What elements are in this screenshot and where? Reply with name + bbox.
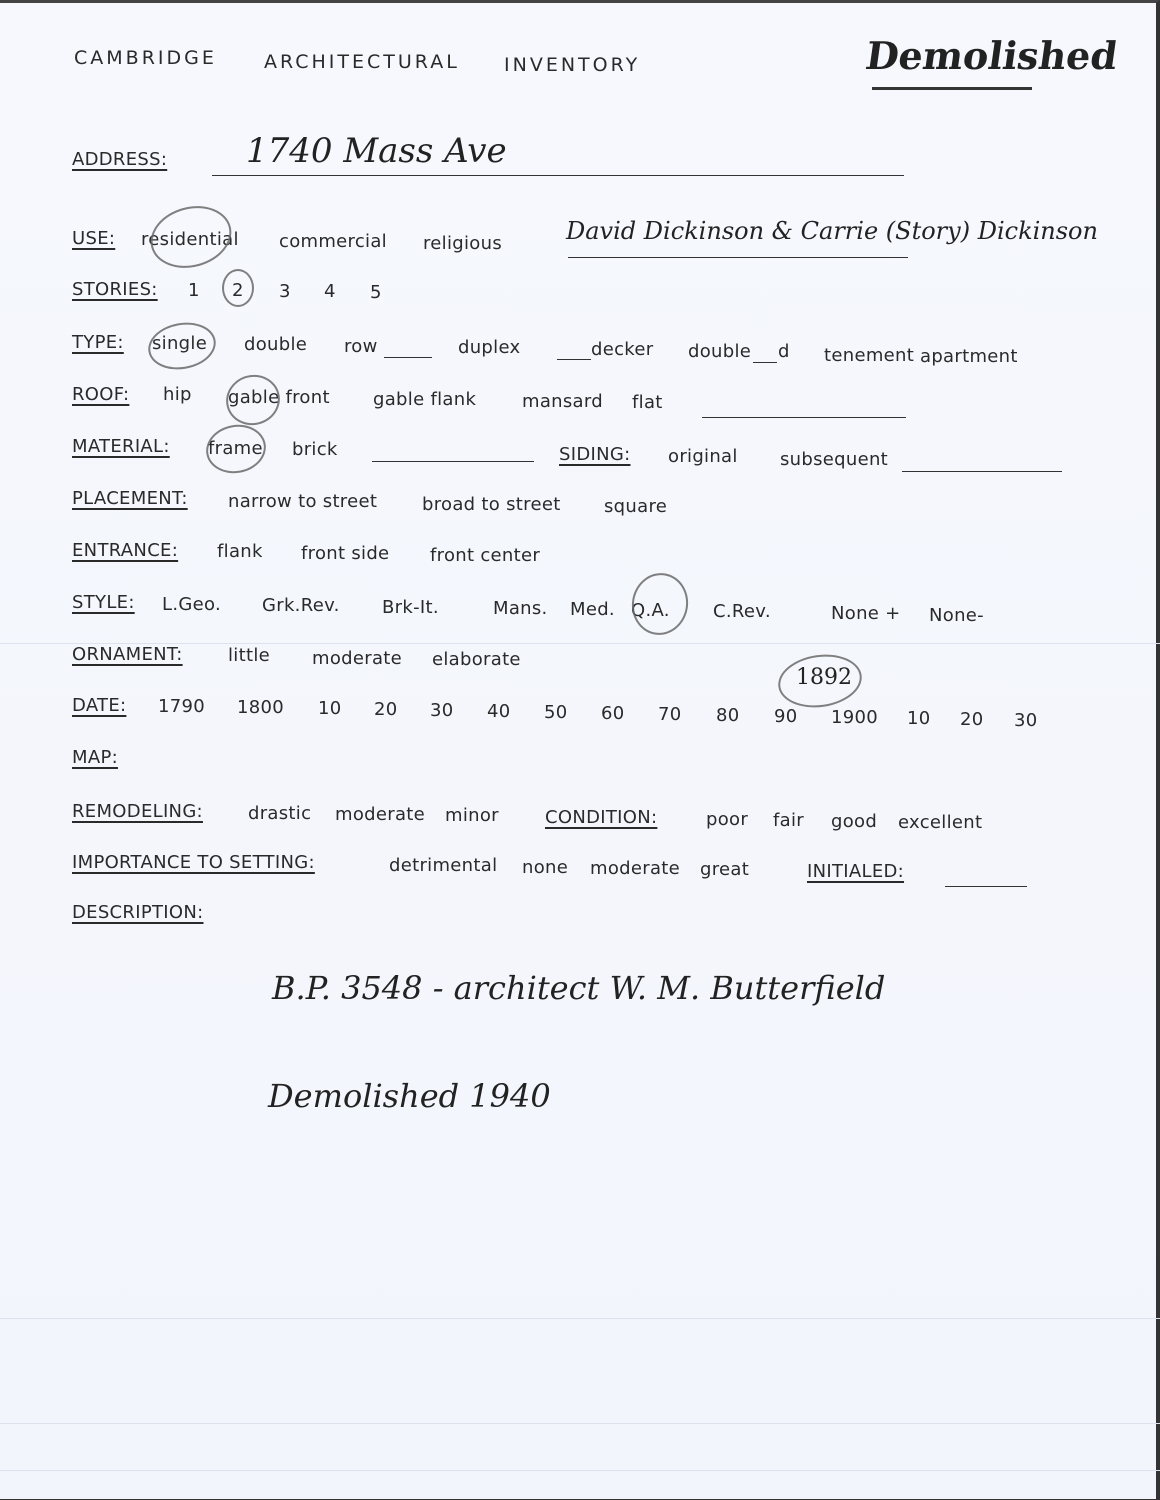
scan-artifact [0, 1318, 1160, 1319]
placement-option[interactable]: square [604, 496, 667, 517]
ornament-option[interactable]: moderate [312, 648, 402, 669]
type-option-duplex[interactable]: duplex [458, 337, 520, 358]
type-option-double[interactable]: double [244, 334, 307, 355]
use-label: USE: [72, 228, 115, 249]
roof-blank [702, 417, 906, 418]
description-line: Demolished 1940 [268, 1077, 551, 1115]
type-option-row[interactable]: row [344, 336, 378, 357]
stories-option[interactable]: 4 [324, 281, 336, 302]
roof-option-flat[interactable]: flat [632, 392, 663, 413]
entrance-option[interactable]: flank [217, 541, 263, 562]
type-option-apartment[interactable]: apartment [920, 346, 1018, 367]
form-title-word: CAMBRIDGE [74, 47, 217, 69]
material-blank [372, 461, 534, 462]
date-option[interactable]: 1790 [158, 696, 205, 717]
style-label: STYLE: [72, 592, 135, 613]
date-option[interactable]: 80 [716, 705, 740, 726]
material-label: MATERIAL: [72, 436, 170, 457]
date-option[interactable]: 10 [318, 698, 342, 719]
siding-option-subsequent[interactable]: subsequent [780, 449, 888, 470]
ornament-option[interactable]: elaborate [432, 649, 521, 670]
date-option[interactable]: 70 [658, 704, 682, 725]
importance-option[interactable]: none [522, 857, 568, 878]
remodeling-option[interactable]: moderate [335, 804, 425, 825]
style-option[interactable]: C.Rev. [713, 601, 771, 622]
scan-artifact [0, 1470, 1160, 1471]
selection-circle [145, 317, 220, 374]
use-option-commercial[interactable]: commercial [279, 231, 387, 252]
form-title-word: ARCHITECTURAL [264, 51, 460, 73]
condition-label: CONDITION: [545, 807, 657, 828]
roof-option-mansard[interactable]: mansard [522, 391, 603, 412]
form-title-word: INVENTORY [504, 54, 640, 76]
type-blank [384, 357, 432, 358]
condition-option[interactable]: fair [773, 810, 804, 831]
roof-label: ROOF: [72, 384, 129, 405]
owners-underline [568, 257, 908, 258]
style-option[interactable]: L.Geo. [162, 594, 221, 615]
date-option[interactable]: 40 [487, 701, 511, 722]
importance-option[interactable]: detrimental [389, 855, 497, 876]
demolished-stamp: Demolished [863, 33, 1121, 78]
entrance-option[interactable]: front center [430, 545, 540, 566]
type-option-d[interactable]: d [778, 341, 790, 362]
placement-label: PLACEMENT: [72, 488, 188, 509]
remodeling-option[interactable]: drastic [248, 803, 311, 824]
address-label: ADDRESS: [72, 149, 167, 170]
selection-circle [144, 197, 239, 276]
initialed-blank[interactable] [945, 886, 1027, 887]
owners-note: David Dickinson & Carrie (Story) Dickins… [566, 217, 1098, 245]
type-blank [753, 362, 777, 363]
type-option-double-d[interactable]: double [688, 341, 751, 362]
siding-label: SIDING: [559, 444, 630, 465]
condition-option[interactable]: excellent [898, 812, 982, 833]
siding-blank [902, 471, 1062, 472]
importance-label: IMPORTANCE TO SETTING: [72, 852, 315, 873]
stamp-underline [872, 87, 1032, 90]
selection-circle [627, 569, 693, 640]
date-option[interactable]: 1900 [831, 707, 878, 728]
selection-circle [222, 269, 254, 307]
date-option[interactable]: 50 [544, 702, 568, 723]
placement-option[interactable]: broad to street [422, 494, 561, 515]
description-line: B.P. 3548 - architect W. M. Butterfield [272, 969, 885, 1007]
stories-label: STORIES: [72, 279, 158, 300]
style-option[interactable]: Brk-It. [382, 597, 439, 618]
date-option[interactable]: 10 [907, 708, 931, 729]
remodeling-label: REMODELING: [72, 801, 203, 822]
inventory-form: CAMBRIDGE ARCHITECTURAL INVENTORY Demoli… [0, 0, 1160, 1500]
importance-option[interactable]: great [700, 859, 749, 880]
description-label: DESCRIPTION: [72, 902, 204, 923]
ornament-option[interactable]: little [228, 645, 270, 666]
address-value[interactable]: 1740 Mass Ave [246, 131, 507, 171]
date-circle [775, 649, 865, 712]
siding-option-original[interactable]: original [668, 446, 738, 467]
date-label: DATE: [72, 695, 126, 716]
date-option[interactable]: 30 [1014, 710, 1038, 731]
remodeling-option[interactable]: minor [445, 805, 499, 826]
date-option[interactable]: 30 [430, 700, 454, 721]
use-option-religious[interactable]: religious [423, 233, 502, 254]
address-line [212, 175, 904, 176]
condition-option[interactable]: poor [706, 809, 748, 830]
roof-option-hip[interactable]: hip [163, 384, 192, 405]
stories-option[interactable]: 1 [188, 280, 200, 301]
date-option[interactable]: 1800 [237, 697, 284, 718]
type-option-decker[interactable]: decker [591, 339, 653, 360]
importance-option[interactable]: moderate [590, 858, 680, 879]
roof-option-gable-flank[interactable]: gable flank [373, 389, 476, 410]
ornament-label: ORNAMENT: [72, 644, 183, 665]
style-option[interactable]: Grk.Rev. [262, 595, 340, 616]
date-option[interactable]: 20 [960, 709, 984, 730]
style-option[interactable]: None- [929, 605, 984, 626]
map-label: MAP: [72, 747, 118, 768]
stories-option[interactable]: 3 [279, 281, 291, 302]
type-option-tenement[interactable]: tenement [824, 345, 914, 366]
style-option[interactable]: Mans. [493, 598, 548, 619]
date-option[interactable]: 90 [774, 706, 798, 727]
material-option-brick[interactable]: brick [292, 439, 338, 460]
condition-option[interactable]: good [831, 811, 877, 832]
scan-artifact [0, 1423, 1160, 1424]
type-label: TYPE: [72, 332, 124, 353]
type-blank [557, 359, 591, 360]
entrance-option[interactable]: front side [301, 543, 389, 564]
date-option[interactable]: 60 [601, 703, 625, 724]
placement-option[interactable]: narrow to street [228, 491, 377, 512]
selection-circle [220, 369, 285, 431]
style-option[interactable]: Med. [570, 599, 615, 620]
selection-circle [202, 420, 269, 478]
style-option[interactable]: None + [831, 603, 901, 624]
date-option[interactable]: 20 [374, 699, 398, 720]
stories-option[interactable]: 5 [370, 282, 382, 303]
entrance-label: ENTRANCE: [72, 540, 178, 561]
initialed-label: INITIALED: [807, 861, 904, 882]
